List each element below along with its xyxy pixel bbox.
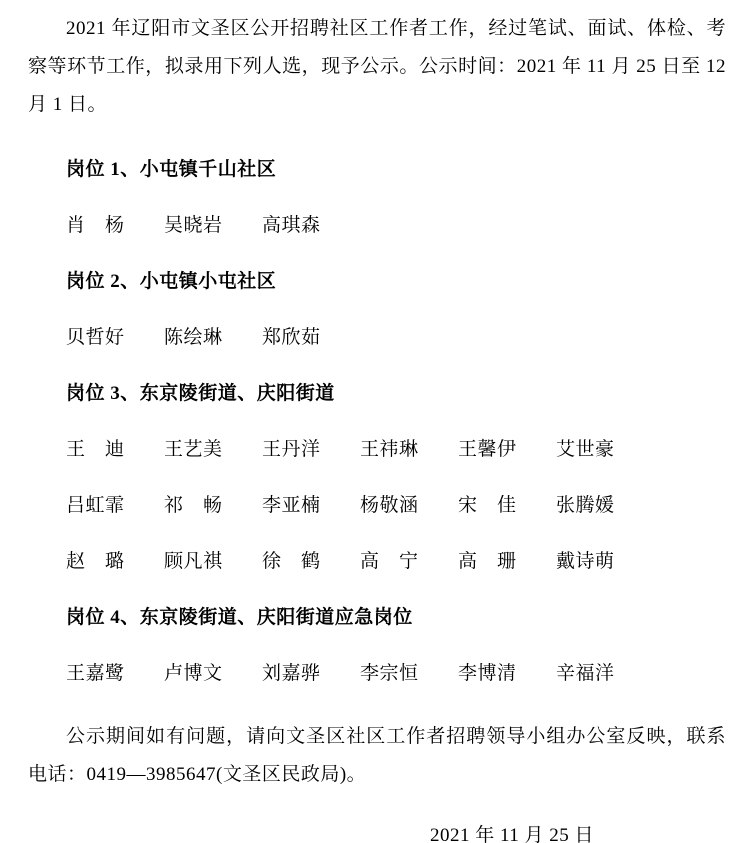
sections: 岗位 1、小屯镇千山社区肖 杨吴晓岩高琪森岗位 2、小屯镇小屯社区贝哲好陈绘琳郑… — [28, 160, 726, 684]
candidate-name: 吕虹霏 — [66, 496, 164, 516]
candidate-name: 肖 杨 — [66, 216, 164, 236]
candidate-name: 辛福洋 — [556, 664, 654, 684]
candidate-name: 戴诗萌 — [556, 552, 654, 572]
candidate-name: 王丹洋 — [262, 440, 360, 460]
candidate-name: 高 宁 — [360, 552, 458, 572]
name-row: 贝哲好陈绘琳郑欣茹 — [28, 328, 726, 348]
candidate-name: 刘嘉骅 — [262, 664, 360, 684]
candidate-name: 艾世豪 — [556, 440, 654, 460]
candidate-name: 郑欣茹 — [262, 328, 360, 348]
candidate-name: 顾凡祺 — [164, 552, 262, 572]
position-heading-1: 岗位 1、小屯镇千山社区 — [28, 160, 726, 180]
name-row: 吕虹霏祁 畅李亚楠杨敬涵宋 佳张腾媛 — [28, 496, 726, 516]
candidate-name: 高琪森 — [262, 216, 360, 236]
candidate-name: 赵 璐 — [66, 552, 164, 572]
candidate-name: 祁 畅 — [164, 496, 262, 516]
candidate-name: 李博清 — [458, 664, 556, 684]
name-row: 王嘉鹭卢博文刘嘉骅李宗恒李博清辛福洋 — [28, 664, 726, 684]
candidate-name: 王馨伊 — [458, 440, 556, 460]
candidate-name: 贝哲好 — [66, 328, 164, 348]
candidate-name: 张腾媛 — [556, 496, 654, 516]
name-row: 王 迪王艺美王丹洋王祎琳王馨伊艾世豪 — [28, 440, 726, 460]
candidate-name: 吴晓岩 — [164, 216, 262, 236]
candidate-name: 李亚楠 — [262, 496, 360, 516]
candidate-name: 杨敬涵 — [360, 496, 458, 516]
intro-paragraph: 2021 年辽阳市文圣区公开招聘社区工作者工作，经过笔试、面试、体检、考察等环节… — [28, 10, 726, 124]
candidate-name: 王艺美 — [164, 440, 262, 460]
position-heading-4: 岗位 4、东京陵街道、庆阳街道应急岗位 — [28, 608, 726, 628]
candidate-name: 陈绘琳 — [164, 328, 262, 348]
document-date: 2021 年 11 月 25 日 — [28, 826, 726, 843]
candidate-name: 高 珊 — [458, 552, 556, 572]
candidate-name: 徐 鹤 — [262, 552, 360, 572]
candidate-name: 李宗恒 — [360, 664, 458, 684]
name-row: 肖 杨吴晓岩高琪森 — [28, 216, 726, 236]
position-heading-2: 岗位 2、小屯镇小屯社区 — [28, 272, 726, 292]
candidate-name: 卢博文 — [164, 664, 262, 684]
candidate-name: 王 迪 — [66, 440, 164, 460]
candidate-name: 王祎琳 — [360, 440, 458, 460]
position-heading-3: 岗位 3、东京陵街道、庆阳街道 — [28, 384, 726, 404]
name-row: 赵 璐顾凡祺徐 鹤高 宁高 珊戴诗萌 — [28, 552, 726, 572]
closing-paragraph: 公示期间如有问题，请向文圣区社区工作者招聘领导小组办公室反映，联系电话：0419… — [28, 718, 726, 794]
document-page: 2021 年辽阳市文圣区公开招聘社区工作者工作，经过笔试、面试、体检、考察等环节… — [0, 0, 754, 843]
candidate-name: 王嘉鹭 — [66, 664, 164, 684]
candidate-name: 宋 佳 — [458, 496, 556, 516]
